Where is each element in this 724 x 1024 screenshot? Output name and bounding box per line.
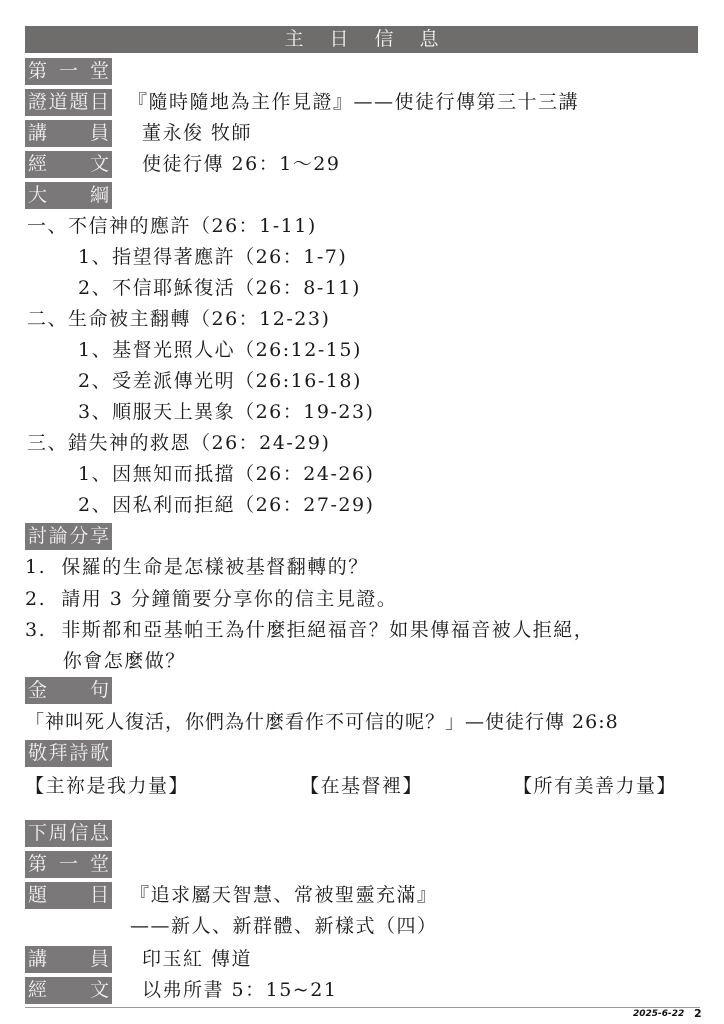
label-discussion: 討 論 分 享 <box>25 523 112 550</box>
outline-subpoint: 1、指望得著應許（26：1-7) <box>78 244 347 271</box>
label-char: 綱 <box>90 182 109 209</box>
outline-subpoint: 3、順服天上異象（26：19-23) <box>78 399 374 426</box>
label-char: 第 <box>28 58 47 85</box>
discussion-question-3: 3. 非斯都和亞基帕王為什麼拒絕福音？如果傳福音被人拒絕， <box>25 617 594 644</box>
next-scripture: 以弗所書 5：15~21 <box>142 977 337 1004</box>
worship-song-3: 【所有美善力量】 <box>513 773 677 800</box>
label-char: 文 <box>90 977 109 1004</box>
label-char: 一 <box>59 58 78 85</box>
label-char: 一 <box>59 851 78 878</box>
outline-subpoint: 2、因私利而拒絕（26：27-29) <box>78 492 374 519</box>
label-char: 道 <box>49 89 68 116</box>
label-char: 句 <box>90 677 109 704</box>
label-char: 目 <box>90 89 109 116</box>
page-title-bar: 主日信息 <box>25 26 698 53</box>
label-char: 文 <box>90 151 109 178</box>
page-title: 主日信息 <box>284 28 464 50</box>
worship-song-2: 【在基督裡】 <box>300 773 423 800</box>
label-char: 題 <box>28 882 47 909</box>
footer-divider <box>25 1007 700 1008</box>
label-next-week: 下 周 信 息 <box>25 820 112 847</box>
label-char: 論 <box>49 523 68 550</box>
worship-song-1: 【主祢是我力量】 <box>25 773 189 800</box>
label-char: 下 <box>28 820 47 847</box>
label-char: 歌 <box>90 740 109 767</box>
label-char: 員 <box>90 120 109 147</box>
next-topic-line2: ——新人、新群體、新樣式（四） <box>130 913 438 940</box>
label-char: 討 <box>28 523 47 550</box>
label-char: 金 <box>28 677 47 704</box>
label-service: 第 一 堂 <box>25 58 112 85</box>
label-char: 詩 <box>69 740 88 767</box>
label-char: 目 <box>90 882 109 909</box>
label-char: 經 <box>28 977 47 1004</box>
sermon-speaker: 董永俊 牧師 <box>142 120 252 147</box>
label-char: 講 <box>28 120 47 147</box>
label-worship-songs: 敬 拜 詩 歌 <box>25 740 112 767</box>
label-next-service: 第 一 堂 <box>25 851 112 878</box>
outline-subpoint: 1、因無知而抵擋（26：24-26) <box>78 461 374 488</box>
next-speaker: 印玉紅 傳道 <box>142 946 252 973</box>
outline-point-3: 三、錯失神的救恩（26：24-29) <box>27 430 330 457</box>
outline-subpoint: 2、受差派傳光明（26:16-18) <box>78 368 362 395</box>
outline-subpoint: 2、不信耶穌復活（26：8-11) <box>78 275 361 302</box>
label-next-topic: 題 目 <box>25 882 112 909</box>
label-next-speaker: 講 員 <box>25 946 112 973</box>
label-char: 敬 <box>28 740 47 767</box>
golden-verse-text: 「神叫死人復活，你們為什麼看作不可信的呢？」—使徒行傳 26:8 <box>25 709 619 736</box>
sermon-topic: 『隨時隨地為主作見證』——使徒行傳第三十三講 <box>128 89 579 116</box>
label-char: 大 <box>28 182 47 209</box>
label-golden-verse: 金 句 <box>25 677 112 704</box>
label-char: 享 <box>90 523 109 550</box>
label-speaker: 講 員 <box>25 120 112 147</box>
label-char: 題 <box>69 89 88 116</box>
page-number: 2 <box>694 1007 702 1020</box>
next-topic-line1: 『追求屬天智慧、常被聖靈充滿』 <box>130 882 438 909</box>
label-topic: 證 道 題 目 <box>25 89 112 116</box>
discussion-question-2: 2. 請用 3 分鐘簡要分享你的信主見證。 <box>25 586 397 613</box>
footer-date: 2025-6-22 <box>633 1009 684 1019</box>
label-char: 息 <box>90 820 109 847</box>
label-char: 堂 <box>90 851 109 878</box>
outline-point-2: 二、生命被主翻轉（26：12-23) <box>27 306 330 333</box>
discussion-question-3-cont: 你會怎麼做？ <box>25 648 186 675</box>
label-char: 堂 <box>90 58 109 85</box>
label-outline: 大 綱 <box>25 182 112 209</box>
discussion-question-1: 1. 保羅的生命是怎樣被基督翻轉的？ <box>25 554 369 581</box>
label-char: 分 <box>69 523 88 550</box>
outline-subpoint: 1、基督光照人心（26:12-15) <box>78 337 362 364</box>
label-scripture: 經 文 <box>25 151 112 178</box>
label-next-scripture: 經 文 <box>25 977 112 1004</box>
label-char: 講 <box>28 946 47 973</box>
sermon-scripture: 使徒行傳 26：1～29 <box>142 151 340 178</box>
label-char: 員 <box>90 946 109 973</box>
label-char: 證 <box>28 89 47 116</box>
label-char: 信 <box>69 820 88 847</box>
label-char: 第 <box>28 851 47 878</box>
label-char: 拜 <box>49 740 68 767</box>
outline-point-1: 一、不信神的應許（26：1-11) <box>27 213 317 240</box>
label-char: 周 <box>49 820 68 847</box>
label-char: 經 <box>28 151 47 178</box>
